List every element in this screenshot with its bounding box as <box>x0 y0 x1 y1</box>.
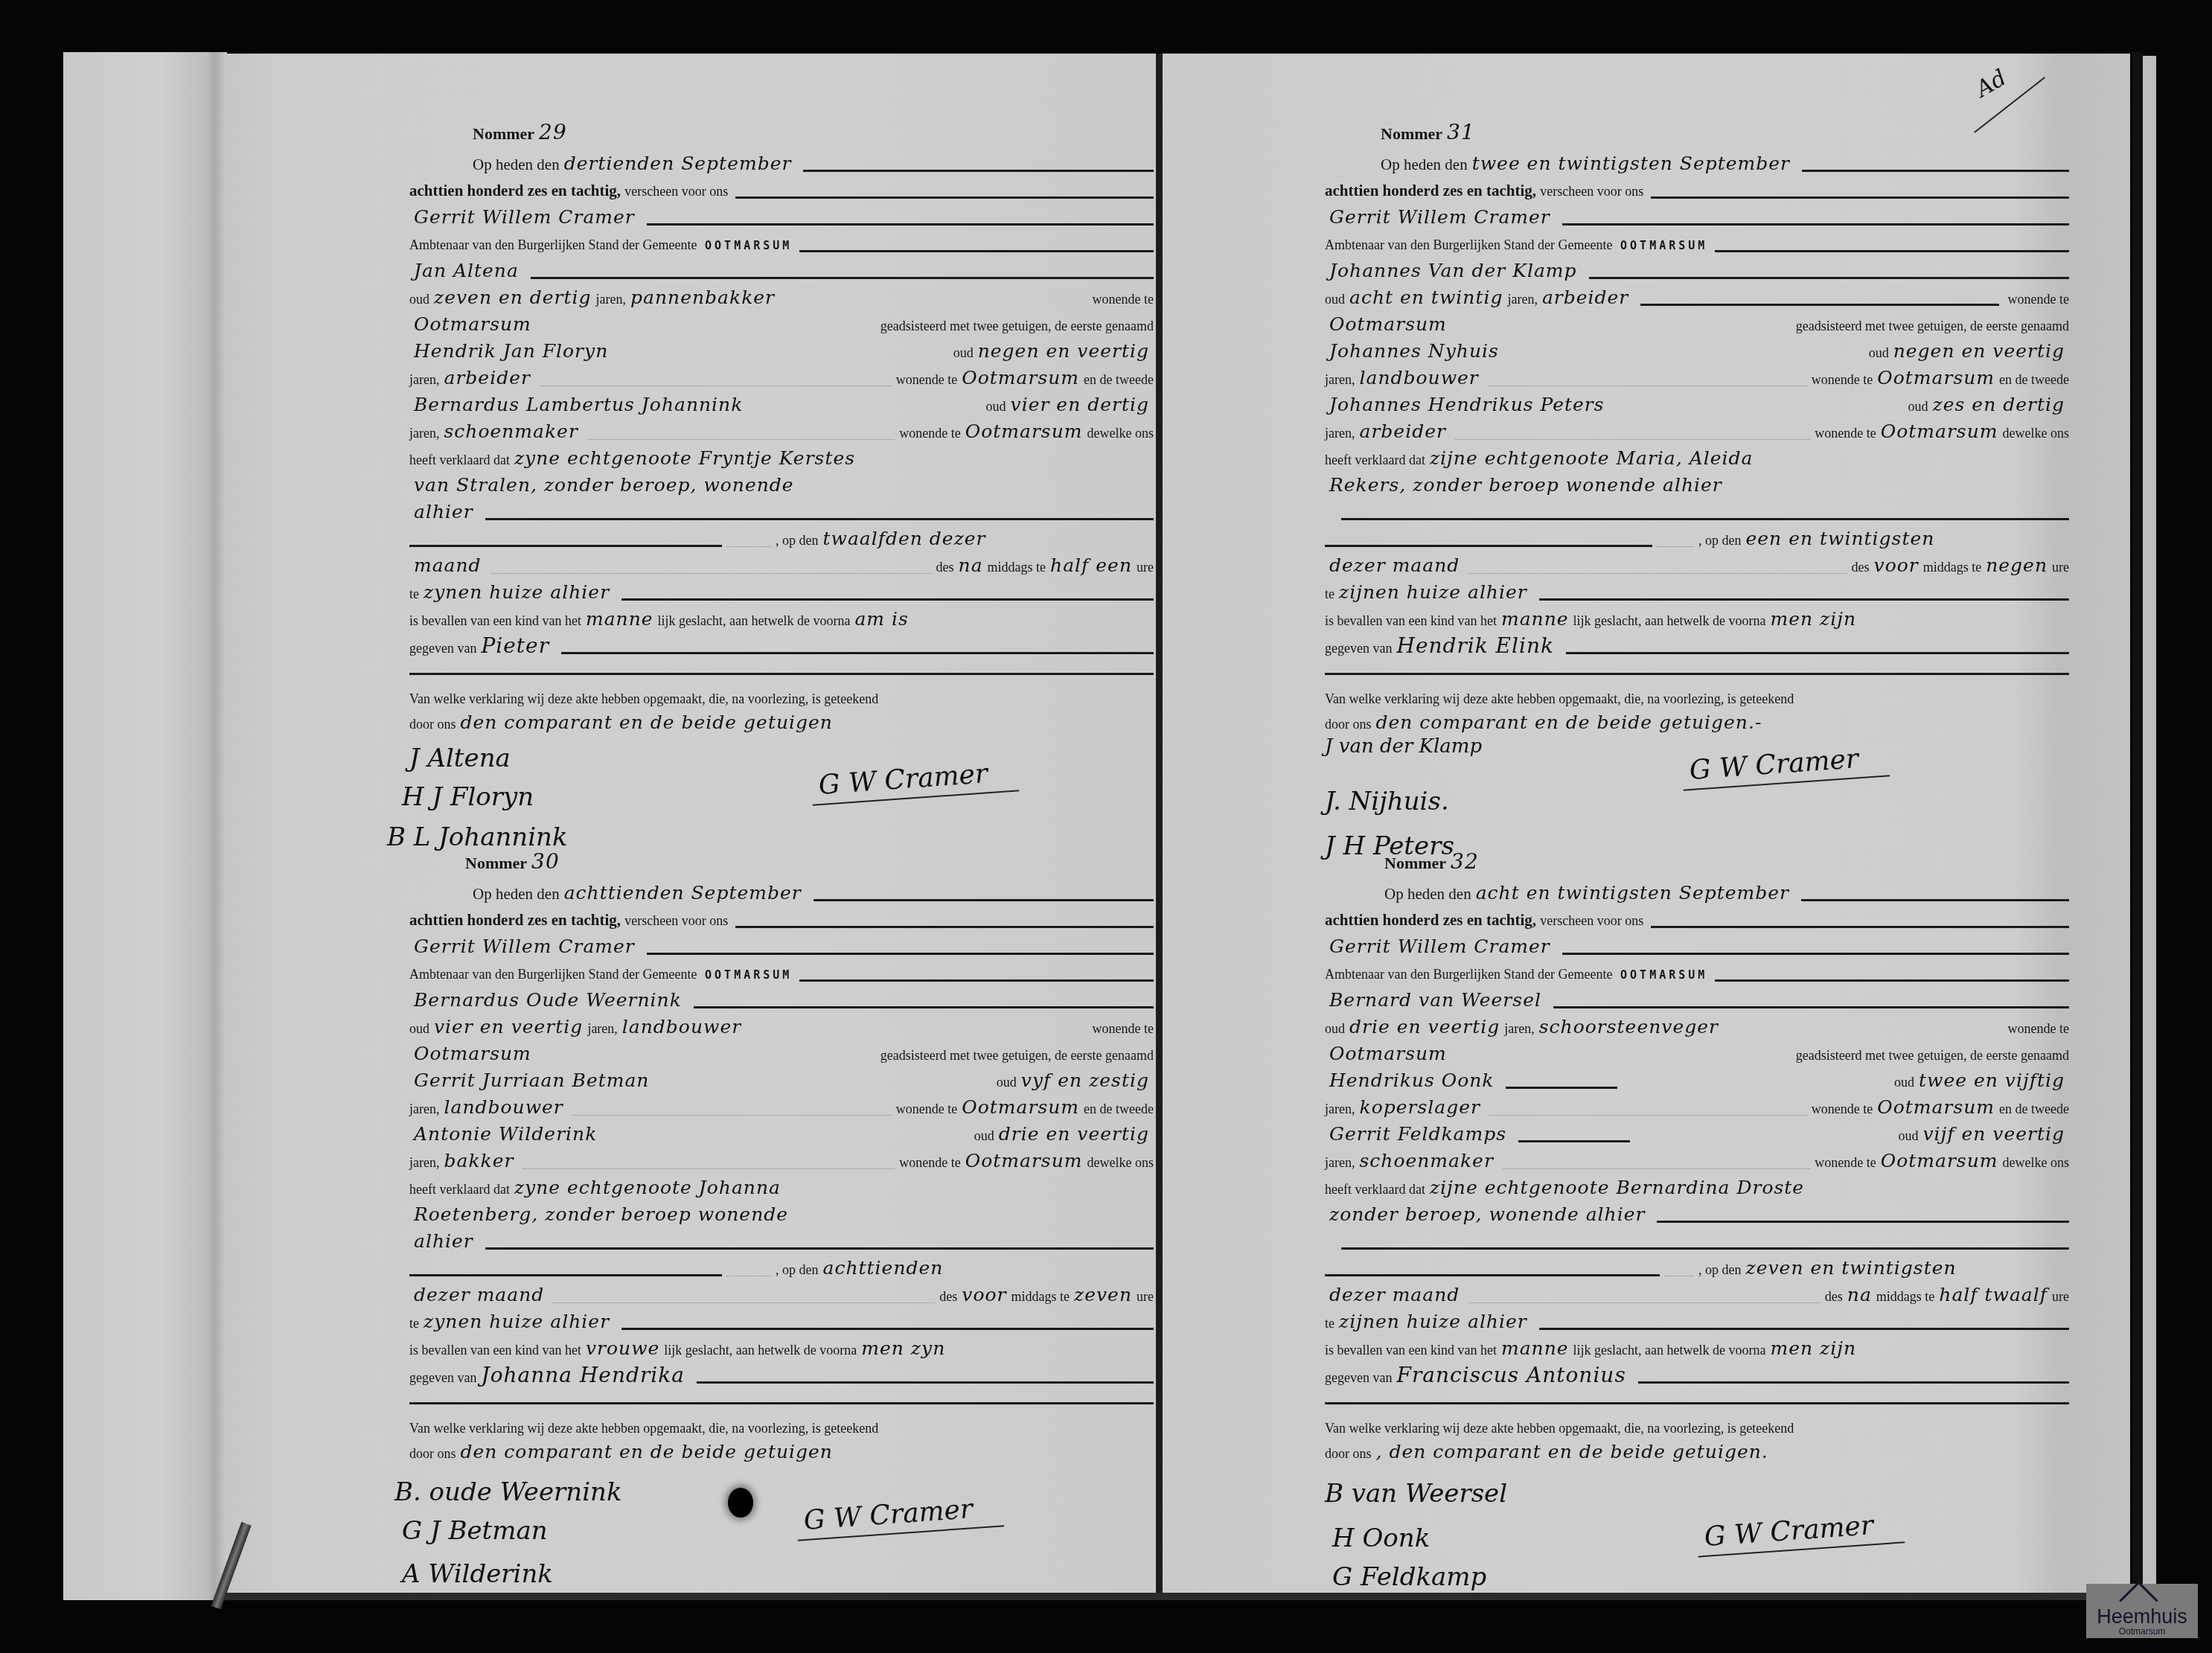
witness1-name: Hendrikus Oonk <box>1325 1067 1498 1094</box>
middags-label: middags te <box>988 554 1046 581</box>
officer-name: Gerrit Willem Cramer <box>409 933 639 960</box>
te-label: te <box>409 1310 419 1337</box>
logo-name: Heemhuis <box>2086 1606 2198 1627</box>
witness2-age: drie en veertig <box>994 1121 1154 1148</box>
declarant-occupation: pannenbakker <box>626 284 779 311</box>
witness1-residence: Ootmarsum <box>1873 1094 1999 1121</box>
municipality: OOTMARSUM <box>705 232 792 259</box>
te-label: te <box>1325 581 1334 607</box>
op-heden-label: Op heden den <box>473 880 560 907</box>
declarant-name: Bernardus Oude Weernink <box>409 987 686 1014</box>
bevallen-label: is bevallen van een kind van het <box>1325 607 1497 634</box>
oud-label: oud <box>953 339 974 366</box>
signature-witness-1: J. Nijhuis. <box>1325 788 1449 815</box>
ure-label: ure <box>1137 554 1154 581</box>
witness1-occupation: landbouwer <box>439 1094 567 1121</box>
ante-post: voor <box>1870 552 1923 579</box>
jaren-label: jaren, <box>409 366 439 393</box>
verscheen-label: verscheen voor ons <box>1540 907 1643 934</box>
tweede-label: en de tweede <box>1999 366 2069 393</box>
statement-line-2: Roetenberg, zonder beroep wonende <box>409 1201 793 1228</box>
signature-officer: G W Cramer <box>811 758 1019 805</box>
witness2-age: zes en dertig <box>1928 391 2069 418</box>
verklaard-label: heeft verklaard dat <box>1325 1176 1425 1203</box>
birth-time: half een <box>1046 552 1137 579</box>
dewelke-label: dewelke ons <box>2003 420 2069 447</box>
tweede-label: en de tweede <box>1084 1096 1154 1122</box>
signature-officer: G W Cramer <box>796 1494 1004 1541</box>
jaren-label: jaren, <box>596 286 626 313</box>
witness1-occupation: koperslager <box>1355 1094 1484 1121</box>
des-label: des <box>1852 554 1870 581</box>
wonende-label: wonende te <box>1812 1096 1873 1122</box>
dewelke-label: dewelke ons <box>1087 1149 1154 1176</box>
statement-line-3: alhier <box>409 499 478 525</box>
jaren-label: jaren, <box>1325 1096 1355 1122</box>
declarant-age: vier en veertig <box>429 1014 587 1040</box>
op-heden-label: Op heden den <box>473 151 560 178</box>
witness2-residence: Ootmarsum <box>961 418 1087 445</box>
oud-label: oud <box>1325 286 1345 313</box>
section-rule <box>409 1402 1154 1404</box>
declarant-age: acht en twintig <box>1345 284 1507 311</box>
jaren-label: jaren, <box>1325 366 1355 393</box>
verklaard-label: heeft verklaard dat <box>409 447 510 473</box>
ink-blot <box>728 1488 753 1518</box>
verscheen-label: verscheen voor ons <box>624 907 728 934</box>
witness1-name: Johannes Nyhuis <box>1325 338 1503 365</box>
birth-day: twaalfden dezer <box>819 525 991 552</box>
ambtenaar-label: Ambtenaar van den Burgerlijken Stand der… <box>1325 961 1613 988</box>
wonende-label: wonende te <box>1093 286 1154 313</box>
jaren-label: jaren, <box>587 1015 617 1042</box>
birth-record-entry: Nommer30 Op heden denachttienden Septemb… <box>409 848 1154 1607</box>
signature-declarant: B van Weersel <box>1325 1480 1507 1507</box>
witness2-name: Johannes Hendrikus Peters <box>1325 391 1609 418</box>
oud-label: oud <box>1894 1069 1914 1096</box>
declarant-residence: Ootmarsum <box>1325 1040 1451 1067</box>
verscheen-label: verscheen voor ons <box>624 178 728 205</box>
ure-label: ure <box>2052 1283 2069 1310</box>
tweede-label: en de tweede <box>1084 366 1154 393</box>
oud-label: oud <box>1908 393 1928 420</box>
child-name: Pieter <box>476 633 554 659</box>
statement-line-2: van Stralen, zonder beroep, wonende <box>409 472 799 499</box>
closing-text: Van welke verklaring wij deze akte hebbe… <box>1325 1415 1794 1442</box>
officer-name: Gerrit Willem Cramer <box>1325 933 1555 960</box>
wonende-label: wonende te <box>899 1149 960 1176</box>
wonende-label: wonende te <box>896 366 957 393</box>
entry-number-label: Nommer <box>1384 850 1446 877</box>
witness2-name: Bernardus Lambertus Johannink <box>409 391 747 418</box>
door-ons-label: door ons <box>1325 1440 1372 1467</box>
declarant-residence: Ootmarsum <box>409 311 536 338</box>
witness2-occupation: schoenmaker <box>1355 1148 1497 1174</box>
jaren-label: jaren, <box>409 420 439 447</box>
birth-place: zynen huize alhier <box>419 1308 614 1335</box>
jaren-label: jaren, <box>409 1096 439 1122</box>
birth-time: half twaalf <box>1934 1282 2052 1308</box>
middags-label: middags te <box>1876 1283 1935 1310</box>
statement-line-1: zyne echtgenoote Johanna <box>510 1174 785 1201</box>
wonende-label: wonende te <box>2008 1015 2069 1042</box>
signatures: B. oude Weernink G J Betman A Wilderink … <box>409 1465 1154 1607</box>
signature-witness-2: G Feldkamp <box>1332 1564 1486 1590</box>
witness1-age: vyf en zestig <box>1017 1067 1154 1094</box>
entry-number-label: Nommer <box>1381 121 1442 147</box>
ante-post: voor <box>957 1282 1011 1308</box>
op-den-label: , op den <box>1698 1256 1742 1283</box>
jaren-label: jaren, <box>1504 1015 1534 1042</box>
witness2-name: Antonie Wilderink <box>409 1121 601 1148</box>
child-sex: manne <box>1497 606 1573 633</box>
bevallen-label: is bevallen van een kind van het <box>409 607 581 634</box>
year-line: achttien honderd zes en tachtig, <box>409 177 621 204</box>
child-name: Franciscus Antonius <box>1392 1362 1630 1389</box>
tweede-label: en de tweede <box>1999 1096 2069 1122</box>
oud-label: oud <box>997 1069 1017 1096</box>
signature-officer: G W Cramer <box>1696 1510 1905 1557</box>
ante-post: na <box>954 552 988 579</box>
birth-day-cont: dezer maand <box>409 1282 549 1308</box>
gegeven-label: gegeven van <box>1325 635 1392 662</box>
statement-line-1: zijne echtgenoote Bernardina Droste <box>1425 1174 1809 1201</box>
declarant-age: drie en veertig <box>1345 1014 1504 1040</box>
wonende-label: wonende te <box>1815 1149 1876 1176</box>
voornaam-suffix: men zijn <box>1765 606 1861 633</box>
geadsisteerd-label: geadsisteerd met twee getuigen, de eerst… <box>880 313 1154 339</box>
voornaam-suffix: men zyn <box>857 1335 950 1362</box>
section-rule <box>1325 673 2069 675</box>
center-fold <box>1156 54 1163 1600</box>
witness2-name: Gerrit Feldkamps <box>1325 1121 1511 1148</box>
birth-day: achttienden <box>819 1255 948 1282</box>
jaren-label: jaren, <box>1507 286 1537 313</box>
voornaam-label: lijk geslacht, aan hetwelk de voorna <box>1573 607 1766 634</box>
year-line: achttien honderd zes en tachtig, <box>1325 177 1536 204</box>
signature-witness-2: A Wilderink <box>402 1561 553 1588</box>
witness1-age: negen en veertig <box>974 338 1154 365</box>
witness2-age: vijf en veertig <box>1918 1121 2069 1148</box>
child-name: Hendrik Elink <box>1392 633 1559 659</box>
voornaam-suffix: am is <box>850 606 912 633</box>
record-date: acht en twintigsten September <box>1471 880 1794 907</box>
witness1-residence: Ootmarsum <box>957 365 1084 391</box>
declarant-occupation: schoorsteenveger <box>1535 1014 1723 1040</box>
logo-city: Ootmarsum <box>2086 1627 2198 1637</box>
child-sex: vrouwe <box>581 1335 664 1362</box>
statement-line-1: zijne echtgenoote Maria, Aleida <box>1425 445 1758 472</box>
closing-text: Van welke verklaring wij deze akte hebbe… <box>409 685 878 712</box>
voornaam-label: lijk geslacht, aan hetwelk de voorna <box>664 1337 857 1363</box>
witness2-occupation: arbeider <box>1355 418 1450 445</box>
gegeven-label: gegeven van <box>409 1364 476 1391</box>
entry-number: 31 <box>1442 119 1480 146</box>
wonende-label: wonende te <box>1815 420 1876 447</box>
witness2-occupation: schoenmaker <box>439 418 582 445</box>
ambtenaar-label: Ambtenaar van den Burgerlijken Stand der… <box>1325 231 1613 258</box>
dewelke-label: dewelke ons <box>2003 1149 2069 1176</box>
des-label: des <box>939 1283 957 1310</box>
birth-record-entry: Nommer29 Op heden dendertienden Septembe… <box>409 119 1154 877</box>
te-label: te <box>409 581 419 607</box>
signed-by: den comparant en de beide getuigen <box>456 1439 837 1465</box>
entry-number-label: Nommer <box>465 850 527 877</box>
closing-text: Van welke verklaring wij deze akte hebbe… <box>409 1415 878 1442</box>
entry-number: 29 <box>534 119 572 146</box>
op-heden-label: Op heden den <box>1381 151 1468 178</box>
record-date: twee en twintigsten September <box>1468 150 1794 177</box>
geadsisteerd-label: geadsisteerd met twee getuigen, de eerst… <box>880 1042 1154 1069</box>
ure-label: ure <box>1137 1283 1154 1310</box>
witness1-name: Gerrit Jurriaan Betman <box>409 1067 653 1094</box>
witness1-occupation: arbeider <box>439 365 534 391</box>
signature-witness-1: H Oonk <box>1332 1525 1430 1552</box>
statement-line-1: zyne echtgenoote Fryntje Kerstes <box>510 445 860 472</box>
jaren-label: jaren, <box>1325 420 1355 447</box>
statement-line-2: zonder beroep, wonende alhier <box>1325 1201 1649 1228</box>
witness2-age: vier en dertig <box>1006 391 1154 418</box>
book-page-edge <box>63 52 227 1600</box>
middags-label: middags te <box>1923 554 1982 581</box>
child-sex: manne <box>1497 1335 1573 1362</box>
witness2-residence: Ootmarsum <box>1876 1148 2003 1174</box>
ambtenaar-label: Ambtenaar van den Burgerlijken Stand der… <box>409 231 697 258</box>
bevallen-label: is bevallen van een kind van het <box>409 1337 581 1363</box>
oud-label: oud <box>986 393 1006 420</box>
witness1-residence: Ootmarsum <box>1873 365 1999 391</box>
witness1-occupation: landbouwer <box>1355 365 1483 391</box>
closing-text: Van welke verklaring wij deze akte hebbe… <box>1325 685 1794 712</box>
declarant-name: Jan Altena <box>409 258 523 284</box>
officer-name: Gerrit Willem Cramer <box>409 204 639 231</box>
door-ons-label: door ons <box>409 1440 456 1467</box>
child-name: Johanna Hendrika <box>476 1362 688 1389</box>
oud-label: oud <box>409 286 429 313</box>
statement-line-3: alhier <box>409 1228 478 1255</box>
signed-by: , den comparant en de beide getuigen. <box>1372 1439 1773 1465</box>
officer-name: Gerrit Willem Cramer <box>1325 204 1555 231</box>
signatures: B van Weersel H Oonk G Feldkamp G W Cram… <box>1325 1465 2069 1607</box>
verscheen-label: verscheen voor ons <box>1540 178 1643 205</box>
birth-day: een en twintigsten <box>1742 525 1940 552</box>
year-line: achttien honderd zes en tachtig, <box>409 907 621 933</box>
birth-record-entry: Nommer31 Op heden dentwee en twintigsten… <box>1325 119 2069 877</box>
record-date: dertienden September <box>560 150 796 177</box>
op-den-label: , op den <box>1698 527 1742 554</box>
witness2-residence: Ootmarsum <box>961 1148 1087 1174</box>
declarant-residence: Ootmarsum <box>1325 311 1451 338</box>
birth-time: zeven <box>1070 1282 1137 1308</box>
oud-label: oud <box>1325 1015 1345 1042</box>
jaren-label: jaren, <box>409 1149 439 1176</box>
signature-witness-1: G J Betman <box>402 1518 548 1544</box>
signature-witness-1: H J Floryn <box>402 784 534 810</box>
birth-place: zijnen huize alhier <box>1334 1308 1532 1335</box>
wonende-label: wonende te <box>896 1096 957 1122</box>
birth-record-entry: Nommer32 Op heden denacht en twintigsten… <box>1325 848 2069 1607</box>
oud-label: oud <box>409 1015 429 1042</box>
signature-declarant: J van der Klamp <box>1325 733 1482 760</box>
municipality: OOTMARSUM <box>1620 962 1707 988</box>
birth-place: zynen huize alhier <box>419 579 614 606</box>
signed-by: den comparant en de beide getuigen <box>456 709 837 736</box>
witness1-name: Hendrik Jan Floryn <box>409 338 613 365</box>
voornaam-label: lijk geslacht, aan hetwelk de voorna <box>658 607 851 634</box>
geadsisteerd-label: geadsisteerd met twee getuigen, de eerst… <box>1796 313 2069 339</box>
oud-label: oud <box>1898 1122 1918 1149</box>
gegeven-label: gegeven van <box>1325 1364 1392 1391</box>
jaren-label: jaren, <box>1325 1149 1355 1176</box>
geadsisteerd-label: geadsisteerd met twee getuigen, de eerst… <box>1796 1042 2069 1069</box>
signature-declarant: B. oude Weernink <box>394 1479 622 1506</box>
declarant-name: Johannes Van der Klamp <box>1325 258 1582 284</box>
book-binding <box>2132 52 2143 1600</box>
municipality: OOTMARSUM <box>705 962 792 988</box>
record-date: achttienden September <box>560 880 806 907</box>
ante-post: na <box>1843 1282 1876 1308</box>
book-binding-edge <box>2143 56 2156 1596</box>
witness2-residence: Ootmarsum <box>1876 418 2003 445</box>
des-label: des <box>1825 1283 1843 1310</box>
declarant-age: zeven en dertig <box>429 284 596 311</box>
op-den-label: , op den <box>776 527 819 554</box>
wonende-label: wonende te <box>2008 286 2069 313</box>
ure-label: ure <box>2052 554 2069 581</box>
birth-day-cont: maand <box>409 552 486 579</box>
bevallen-label: is bevallen van een kind van het <box>1325 1337 1497 1363</box>
gegeven-label: gegeven van <box>409 635 476 662</box>
declarant-occupation: landbouwer <box>618 1014 746 1040</box>
heemhuis-logo: Heemhuis Ootmarsum <box>2086 1584 2198 1638</box>
des-label: des <box>936 554 954 581</box>
signature-witness-2: B L Johannink <box>387 824 568 851</box>
entry-number: 32 <box>1446 848 1483 875</box>
declarant-occupation: arbeider <box>1538 284 1633 311</box>
wonende-label: wonende te <box>899 420 960 447</box>
signature-declarant: J Altena <box>409 745 511 772</box>
te-label: te <box>1325 1310 1334 1337</box>
witness1-age: negen en veertig <box>1889 338 2069 365</box>
birth-place: zijnen huize alhier <box>1334 579 1532 606</box>
declarant-name: Bernard van Weersel <box>1325 987 1546 1014</box>
voornaam-label: lijk geslacht, aan hetwelk de voorna <box>1573 1337 1766 1363</box>
section-rule <box>1325 1402 2069 1404</box>
witness2-occupation: bakker <box>439 1148 518 1174</box>
statement-line-2: Rekers, zonder beroep wonende alhier <box>1325 472 1727 499</box>
birth-day: zeven en twintigsten <box>1742 1255 1961 1282</box>
door-ons-label: door ons <box>409 711 456 738</box>
birth-day-cont: dezer maand <box>1325 1282 1464 1308</box>
dewelke-label: dewelke ons <box>1087 420 1154 447</box>
oud-label: oud <box>1869 339 1889 366</box>
middags-label: middags te <box>1011 1283 1070 1310</box>
section-rule <box>409 673 1154 675</box>
ambtenaar-label: Ambtenaar van den Burgerlijken Stand der… <box>409 961 697 988</box>
declarant-residence: Ootmarsum <box>409 1040 536 1067</box>
municipality: OOTMARSUM <box>1620 232 1707 259</box>
entry-number-label: Nommer <box>473 121 534 147</box>
op-heden-label: Op heden den <box>1384 880 1471 907</box>
birth-day-cont: dezer maand <box>1325 552 1464 579</box>
verklaard-label: heeft verklaard dat <box>1325 447 1425 473</box>
witness1-residence: Ootmarsum <box>957 1094 1084 1121</box>
verklaard-label: heeft verklaard dat <box>409 1176 510 1203</box>
year-line: achttien honderd zes en tachtig, <box>1325 907 1536 933</box>
voornaam-suffix: men zijn <box>1765 1335 1861 1362</box>
signed-by: den comparant en de beide getuigen.- <box>1372 709 1767 736</box>
signature-officer: G W Cramer <box>1681 744 1890 790</box>
oud-label: oud <box>974 1122 994 1149</box>
witness1-age: twee en vijftig <box>1914 1067 2069 1094</box>
wonende-label: wonende te <box>1093 1015 1154 1042</box>
op-den-label: , op den <box>776 1256 819 1283</box>
wonende-label: wonende te <box>1812 366 1873 393</box>
birth-time: negen <box>1981 552 2052 579</box>
entry-number: 30 <box>527 848 564 875</box>
child-sex: manne <box>581 606 658 633</box>
